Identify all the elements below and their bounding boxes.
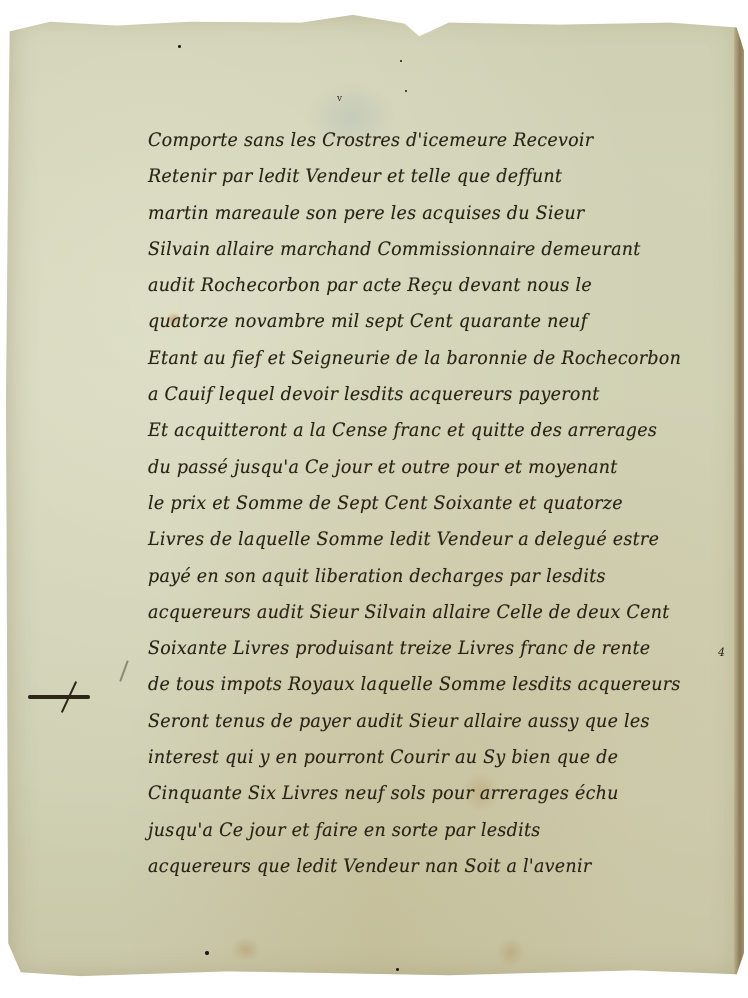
ink-speck <box>400 60 402 62</box>
text-line: de tous impots Royaux laquelle Somme les… <box>148 666 691 702</box>
margin-annotation <box>28 680 90 720</box>
text-line: acquereurs que ledit Vendeur nan Soit a … <box>148 848 691 884</box>
text-line: Etant au fief et Seigneurie de la baronn… <box>148 340 691 376</box>
foxing-stain <box>496 937 526 967</box>
text-line: martin mareaule son pere les acquises du… <box>148 195 691 231</box>
text-line: Silvain allaire marchand Commissionnaire… <box>148 231 691 267</box>
ink-speck <box>178 45 181 48</box>
text-line: Seront tenus de payer audit Sieur allair… <box>148 703 691 739</box>
text-line: Soixante Livres produisant treize Livres… <box>148 630 691 666</box>
text-line: du passé jusqu'a Ce jour et outre pour e… <box>148 449 691 485</box>
ink-speck <box>396 968 399 971</box>
strikethrough-mark <box>28 695 90 699</box>
text-line: audit Rochecorbon par acte Reçu devant n… <box>148 267 691 303</box>
text-line: Cinquante Six Livres neuf sols pour arre… <box>148 775 691 811</box>
text-line: Et acquitteront a la Cense franc et quit… <box>148 412 691 448</box>
text-line: Livres de laquelle Somme ledit Vendeur a… <box>148 521 691 557</box>
text-line: Retenir par ledit Vendeur et telle que d… <box>148 158 691 194</box>
foxing-stain <box>231 937 261 962</box>
text-line: quatorze novambre mil sept Cent quarante… <box>148 303 691 339</box>
folio-mark: v <box>337 94 342 104</box>
text-line: acquereurs audit Sieur Silvain allaire C… <box>148 594 691 630</box>
text-line: a Cauif lequel devoir lesdits acquereurs… <box>148 376 691 412</box>
text-line: Comporte sans les Crostres d'icemeure Re… <box>148 122 691 158</box>
text-line: jusqu'a Ce jour et faire en sorte par le… <box>148 812 691 848</box>
ink-speck <box>405 90 407 92</box>
ink-speck <box>205 951 209 955</box>
foxing-stain <box>536 972 566 994</box>
text-line: interest qui y en pourront Courir au Sy … <box>148 739 691 775</box>
text-line: payé en son aquit liberation decharges p… <box>148 558 691 594</box>
text-line: le prix et Somme de Sept Cent Soixante e… <box>148 485 691 521</box>
manuscript-text: Comporte sans les Crostres d'icemeure Re… <box>148 122 738 884</box>
